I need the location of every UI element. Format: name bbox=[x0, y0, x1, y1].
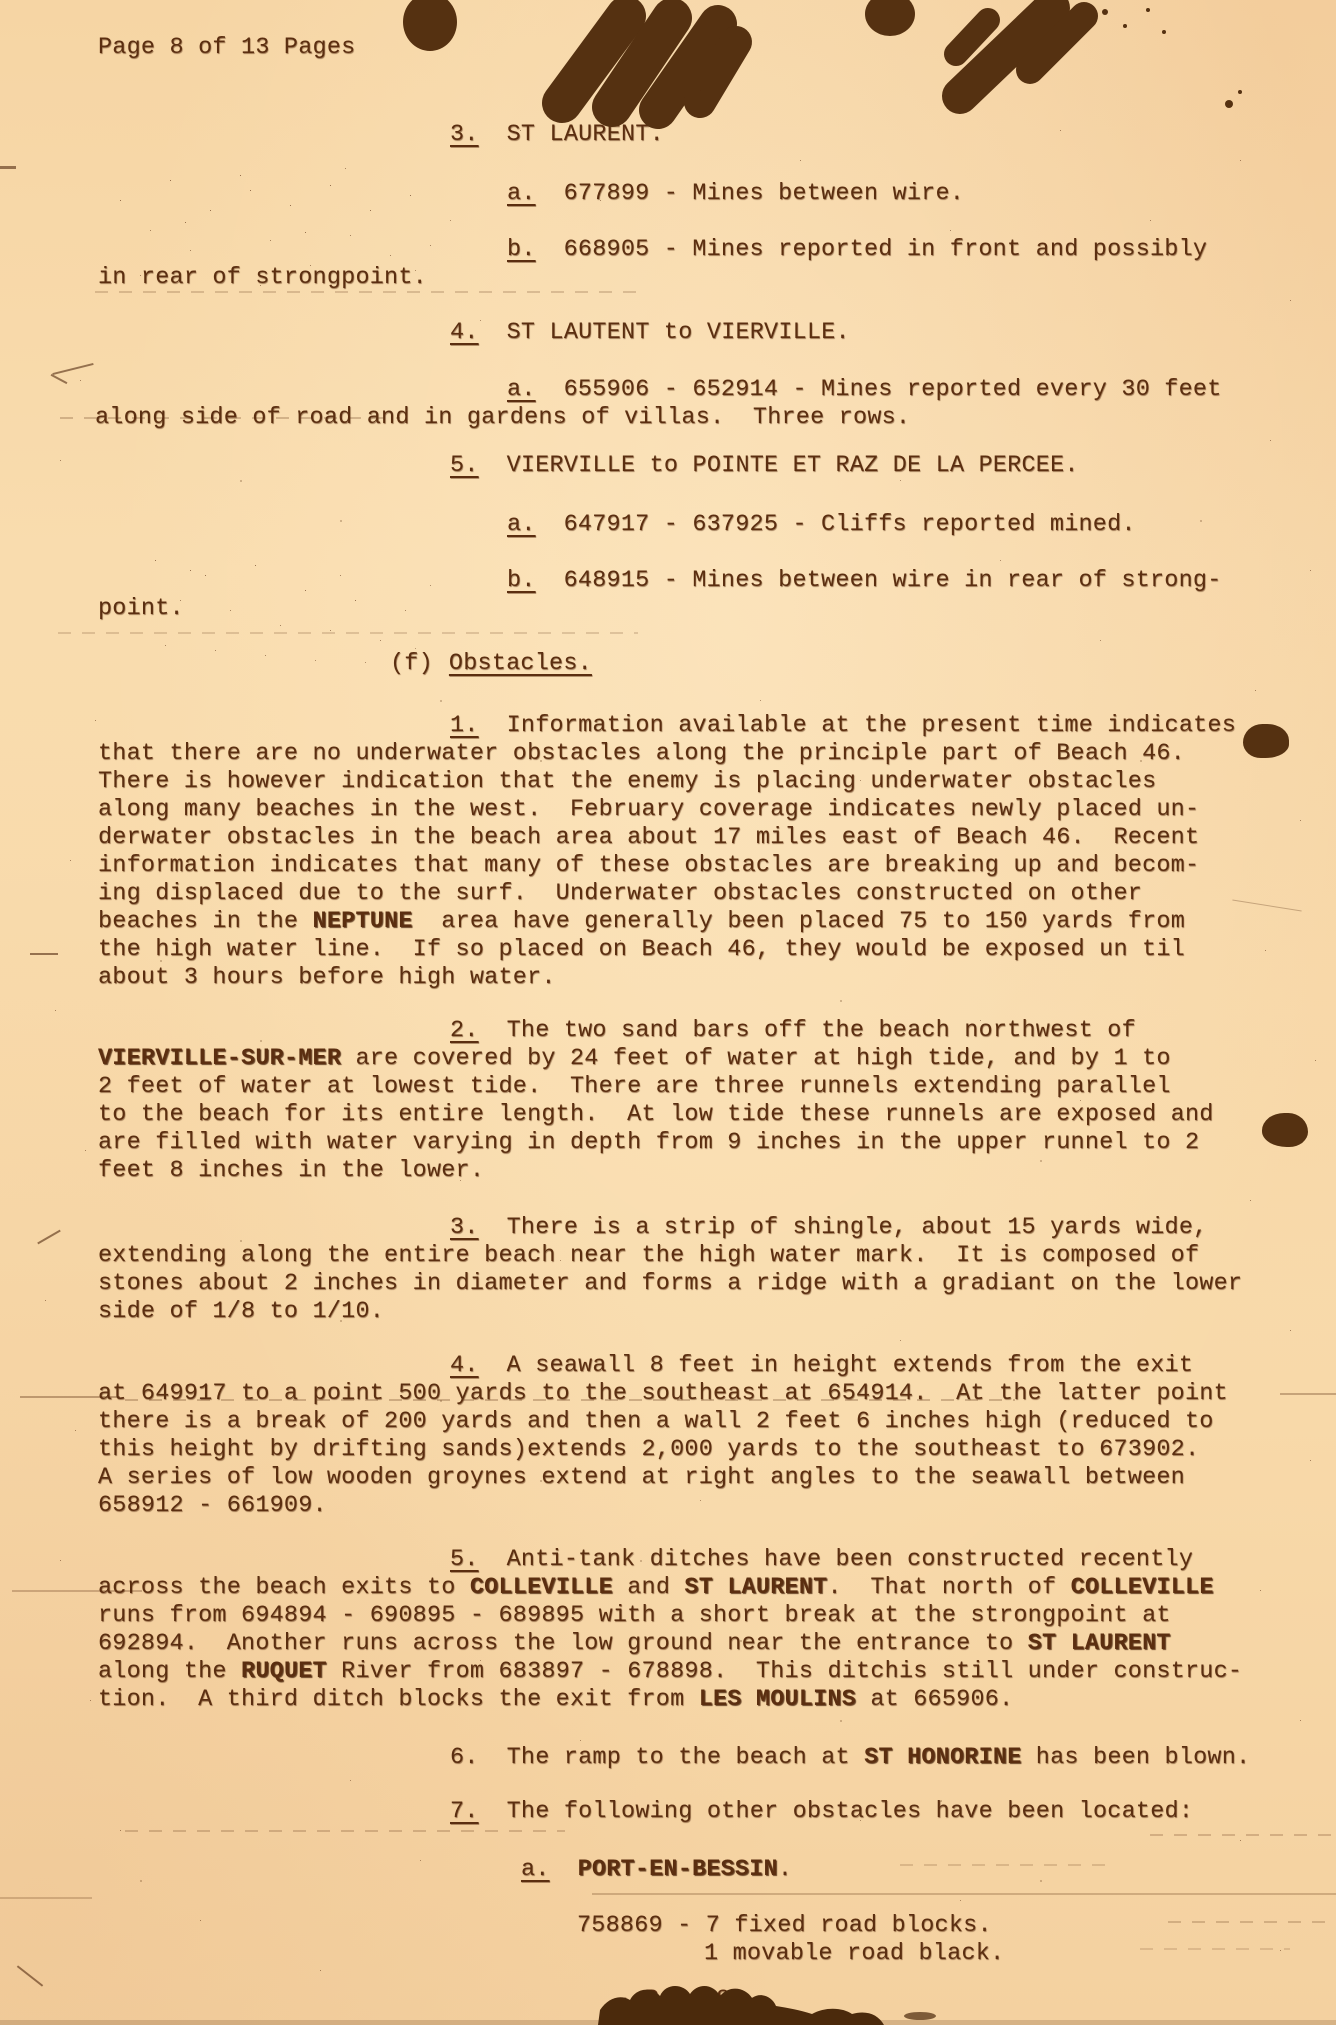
ink-dot-icon bbox=[865, 0, 915, 36]
item-5b-line: b.648915 - Mines between wire in rear of… bbox=[507, 567, 1222, 594]
typed-text: runs from 694894 - 690895 - 689895 with … bbox=[98, 1602, 1171, 1629]
typed-text: extending along the entire beach near th… bbox=[98, 1242, 1199, 1269]
paragraph-3-line: stones about 2 inches in diameter and fo… bbox=[98, 1270, 1242, 1297]
typed-text: There is however indication that the ene… bbox=[98, 768, 1156, 795]
typed-text: there is a break of 200 yards and then a… bbox=[98, 1408, 1214, 1435]
paragraph-4-line: A series of low wooden groynes extend at… bbox=[98, 1464, 1185, 1491]
scratch-line bbox=[1150, 1834, 1336, 1836]
place-name-les-moulins: LES MOULINS bbox=[699, 1686, 856, 1713]
ink-blot-right-1 bbox=[1243, 724, 1289, 758]
typed-text: 758869 - 7 fixed road blocks. bbox=[577, 1912, 992, 1939]
typed-text: beaches in the bbox=[98, 908, 313, 935]
paragraph-3-line: extending along the entire beach near th… bbox=[98, 1242, 1199, 1269]
paragraph-1-line: about 3 hours before high water. bbox=[98, 964, 556, 991]
item-5a-line: a.647917 - 637925 - Cliffs reported mine… bbox=[507, 511, 1136, 538]
typed-text: A series of low wooden groynes extend at… bbox=[98, 1464, 1185, 1491]
place-name-ruquet: RUQUET bbox=[241, 1658, 327, 1685]
sub-letter: b. bbox=[507, 567, 536, 594]
ink-spatter-icon bbox=[1102, 8, 1242, 108]
typed-text: A seawall 8 feet in height extends from … bbox=[507, 1352, 1194, 1379]
item-number: 4. bbox=[450, 319, 479, 346]
typed-text: about 3 hours before high water. bbox=[98, 964, 556, 991]
ink-blob-bottom bbox=[0, 1950, 1336, 2025]
ink-marks-top bbox=[0, 0, 1336, 135]
typed-text: to the beach for its entire length. At l… bbox=[98, 1101, 1214, 1128]
paragraph-7a-line: a.PORT-EN-BESSIN. bbox=[521, 1856, 792, 1883]
sub-letter: a. bbox=[521, 1856, 550, 1883]
scratch-line bbox=[1168, 1921, 1336, 1923]
ink-blot-right-2 bbox=[1262, 1113, 1308, 1147]
paragraph-1-line: ing displaced due to the surf. Underwate… bbox=[98, 880, 1142, 907]
paragraph-number: 6. bbox=[450, 1744, 479, 1771]
paragraph-1-line: that there are no underwater obstacles a… bbox=[98, 740, 1185, 767]
typed-text: are filled with water varying in depth f… bbox=[98, 1129, 1199, 1156]
sub-letter: a. bbox=[507, 511, 536, 538]
item-title: VIERVILLE to POINTE ET RAZ DE LA PERCEE. bbox=[507, 452, 1079, 479]
sub-letter: a. bbox=[507, 180, 536, 207]
typed-text: point. bbox=[98, 595, 184, 622]
place-name-st-laurent: ST LAURENT bbox=[1028, 1630, 1171, 1657]
paragraph-2-line: feet 8 inches in the lower. bbox=[98, 1157, 484, 1184]
typed-text: 2 feet of water at lowest tide. There ar… bbox=[98, 1073, 1171, 1100]
ink-scribble-right-icon bbox=[956, 8, 1084, 96]
scratch-line bbox=[0, 1897, 92, 1899]
typed-text: tion. A third ditch blocks the exit from bbox=[98, 1686, 699, 1713]
typed-text: The two sand bars off the beach northwes… bbox=[507, 1017, 1136, 1044]
scratch-line bbox=[60, 417, 400, 419]
typed-text: along many beaches in the west. February… bbox=[98, 796, 1199, 823]
item-number: 5. bbox=[450, 452, 479, 479]
margin-pen-mark bbox=[1232, 900, 1301, 912]
item-3b-continuation: in rear of strongpoint. bbox=[98, 264, 427, 291]
typed-text: There is a strip of shingle, about 15 ya… bbox=[507, 1214, 1208, 1241]
roadblock-line-1: 758869 - 7 fixed road blocks. bbox=[577, 1912, 992, 1939]
paragraph-1-line: There is however indication that the ene… bbox=[98, 768, 1156, 795]
typed-text: across the beach exits to bbox=[98, 1574, 470, 1601]
typed-text: The ramp to the beach at bbox=[507, 1744, 865, 1771]
scratch-line bbox=[12, 1590, 142, 1592]
paragraph-1-line: beaches in the NEPTUNE area have general… bbox=[98, 908, 1185, 935]
typed-text: has been blown. bbox=[1022, 1744, 1251, 1771]
paragraph-4-line: 658912 - 661909. bbox=[98, 1492, 327, 1519]
scratch-line bbox=[125, 1830, 565, 1832]
typed-text: in rear of strongpoint. bbox=[98, 264, 427, 291]
item-4-heading: 4.ST LAUTENT to VIERVILLE. bbox=[450, 319, 850, 346]
item-5-heading: 5.VIERVILLE to POINTE ET RAZ DE LA PERCE… bbox=[450, 452, 1079, 479]
typed-text: 677899 - Mines between wire. bbox=[564, 180, 964, 207]
margin-pen-mark bbox=[37, 1230, 61, 1245]
scratch-line bbox=[58, 632, 638, 634]
paragraph-4-line: this height by drifting sands)extends 2,… bbox=[98, 1436, 1199, 1463]
paragraph-4-line: at 649917 to a point 500 yards to the so… bbox=[98, 1380, 1228, 1407]
paragraph-2-line: are filled with water varying in depth f… bbox=[98, 1129, 1199, 1156]
section-title: Obstacles. bbox=[449, 650, 592, 677]
typed-text: are covered by 24 feet of water at high … bbox=[341, 1045, 1171, 1072]
typed-text: this height by drifting sands)extends 2,… bbox=[98, 1436, 1199, 1463]
paragraph-number: 4. bbox=[450, 1352, 479, 1379]
paragraph-1-line: information indicates that many of these… bbox=[98, 852, 1199, 879]
paragraph-number: 1. bbox=[450, 712, 479, 739]
typed-text: ing displaced due to the surf. Underwate… bbox=[98, 880, 1142, 907]
typed-text: The following other obstacles have been … bbox=[507, 1798, 1194, 1825]
paragraph-2-line: 2 feet of water at lowest tide. There ar… bbox=[98, 1073, 1171, 1100]
paragraph-5-lead: 5.Anti-tank ditches have been constructe… bbox=[450, 1546, 1193, 1573]
scratch-line bbox=[20, 1396, 120, 1398]
paper-bottom-edge bbox=[0, 2020, 1336, 2025]
paragraph-5-line: runs from 694894 - 690895 - 689895 with … bbox=[98, 1602, 1171, 1629]
ink-scribble-center-icon bbox=[562, 16, 736, 110]
place-name-st-honorine: ST HONORINE bbox=[864, 1744, 1021, 1771]
typed-text: 668905 - Mines reported in front and pos… bbox=[564, 236, 1208, 263]
paragraph-6-lead: 6.The ramp to the beach at ST HONORINE h… bbox=[450, 1744, 1250, 1771]
paragraph-5-line: tion. A third ditch blocks the exit from… bbox=[98, 1686, 1013, 1713]
paragraph-number: 5. bbox=[450, 1546, 479, 1573]
typed-text: 648915 - Mines between wire in rear of s… bbox=[564, 567, 1222, 594]
margin-pen-mark bbox=[51, 374, 68, 384]
place-name-colleville: COLLEVILLE bbox=[470, 1574, 613, 1601]
scanned-document-page: { "meta": { "header": "Page 8 of 13 Page… bbox=[0, 0, 1336, 2025]
scratch-line bbox=[592, 1893, 1336, 1895]
typed-text: that there are no underwater obstacles a… bbox=[98, 740, 1185, 767]
section-letter: (f) bbox=[390, 650, 433, 677]
paragraph-2-lead: 2.The two sand bars off the beach northw… bbox=[450, 1017, 1136, 1044]
paragraph-4-line: there is a break of 200 yards and then a… bbox=[98, 1408, 1214, 1435]
typed-text: River from 683897 - 678898. This ditchis… bbox=[327, 1658, 1242, 1685]
paragraph-3-line: side of 1/8 to 1/10. bbox=[98, 1298, 384, 1325]
paragraph-5-line: 692894. Another runs across the low grou… bbox=[98, 1630, 1171, 1657]
typed-text: and bbox=[613, 1574, 685, 1601]
paragraph-1-line: the high water line. If so placed on Bea… bbox=[98, 936, 1185, 963]
typed-text: 647917 - 637925 - Cliffs reported mined. bbox=[564, 511, 1136, 538]
paragraph-number: 3. bbox=[450, 1214, 479, 1241]
section-f-heading: (f)Obstacles. bbox=[390, 650, 592, 677]
margin-pen-mark bbox=[30, 953, 58, 955]
typed-text: . That north of bbox=[827, 1574, 1070, 1601]
place-name-vierville: VIERVILLE-SUR-MER bbox=[98, 1045, 341, 1072]
item-title: ST LAUTENT to VIERVILLE. bbox=[507, 319, 850, 346]
sub-letter: a. bbox=[507, 376, 536, 403]
sub-letter: b. bbox=[507, 236, 536, 263]
typed-text: stones about 2 inches in diameter and fo… bbox=[98, 1270, 1242, 1297]
paragraph-number: 7. bbox=[450, 1798, 479, 1825]
typed-text: side of 1/8 to 1/10. bbox=[98, 1298, 384, 1325]
typed-text: along the bbox=[98, 1658, 241, 1685]
place-name-colleville: COLLEVILLE bbox=[1071, 1574, 1214, 1601]
paragraph-7-lead: 7.The following other obstacles have bee… bbox=[450, 1798, 1193, 1825]
margin-pen-mark bbox=[0, 166, 16, 169]
typed-text: area have generally been placed 75 to 15… bbox=[413, 908, 1185, 935]
paragraph-5-line: across the beach exits to COLLEVILLE and… bbox=[98, 1574, 1214, 1601]
paragraph-2-line: to the beach for its entire length. At l… bbox=[98, 1101, 1214, 1128]
scratch-line bbox=[1280, 1393, 1336, 1395]
item-4a-line: a.655906 - 652914 - Mines reported every… bbox=[507, 376, 1222, 403]
typed-text: the high water line. If so placed on Bea… bbox=[98, 936, 1185, 963]
speckle-noise-layer-2 bbox=[0, 0, 2, 2]
typed-text: Information available at the present tim… bbox=[507, 712, 1236, 739]
typed-text: feet 8 inches in the lower. bbox=[98, 1157, 484, 1184]
typed-text: at 665906. bbox=[856, 1686, 1013, 1713]
scratch-line bbox=[95, 291, 640, 293]
margin-pen-mark bbox=[52, 363, 93, 375]
typed-text: 655906 - 652914 - Mines reported every 3… bbox=[564, 376, 1222, 403]
item-3b-line: b.668905 - Mines reported in front and p… bbox=[507, 236, 1207, 263]
typed-text: Anti-tank ditches have been constructed … bbox=[507, 1546, 1194, 1573]
paragraph-1-line: derwater obstacles in the beach area abo… bbox=[98, 824, 1199, 851]
scratch-line bbox=[125, 1399, 1015, 1401]
paragraph-4-lead: 4.A seawall 8 feet in height extends fro… bbox=[450, 1352, 1193, 1379]
codeword-neptune: NEPTUNE bbox=[313, 908, 413, 935]
paragraph-1-line: along many beaches in the west. February… bbox=[98, 796, 1199, 823]
paragraph-3-lead: 3.There is a strip of shingle, about 15 … bbox=[450, 1214, 1207, 1241]
place-name-st-laurent: ST LAURENT bbox=[684, 1574, 827, 1601]
typed-text: . bbox=[778, 1856, 792, 1883]
ink-dot-icon bbox=[403, 0, 457, 51]
paragraph-1-lead: 1.Information available at the present t… bbox=[450, 712, 1236, 739]
paragraph-2-line: VIERVILLE-SUR-MER are covered by 24 feet… bbox=[98, 1045, 1171, 1072]
typed-text: information indicates that many of these… bbox=[98, 852, 1199, 879]
item-5b-continuation: point. bbox=[98, 595, 184, 622]
typed-text: 658912 - 661909. bbox=[98, 1492, 327, 1519]
place-name-port-en-bessin: PORT-EN-BESSIN bbox=[578, 1856, 778, 1883]
item-3a-line: a.677899 - Mines between wire. bbox=[507, 180, 964, 207]
typed-text: 692894. Another runs across the low grou… bbox=[98, 1630, 1028, 1657]
typed-text: derwater obstacles in the beach area abo… bbox=[98, 824, 1199, 851]
scratch-line bbox=[900, 1864, 1110, 1866]
typed-text: at 649917 to a point 500 yards to the so… bbox=[98, 1380, 1228, 1407]
paragraph-5-line: along the RUQUET River from 683897 - 678… bbox=[98, 1658, 1242, 1685]
paragraph-number: 2. bbox=[450, 1017, 479, 1044]
